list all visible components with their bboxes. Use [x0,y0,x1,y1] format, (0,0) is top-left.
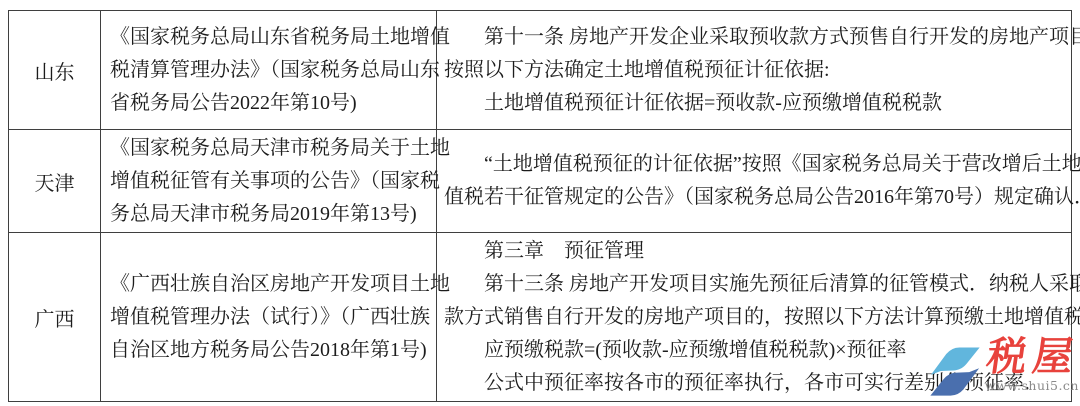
regulation-line: 税清算管理办法》（国家税务总局山东 [110,54,427,87]
content-cell: “土地增值税预征的计征依据”按照《国家税务总局关于营改增后土地增 值税若干征管规… [437,130,1072,233]
province-label: 天津 [35,173,75,195]
content-line: 第十一条 房地产开发企业采取预收款方式预售自行开发的房地产项目的， [444,21,1064,54]
content-cell: 第十一条 房地产开发企业采取预收款方式预售自行开发的房地产项目的， 按照以下方法… [437,11,1072,130]
regulation-line: 省税务局公告2022年第10号) [110,87,427,120]
content-line: “土地增值税预征的计征依据”按照《国家税务总局关于营改增后土地增 [444,148,1064,181]
content-line: 第三章 预征管理 [444,235,1064,268]
content-line: 按照以下方法确定土地增值税预征计征依据: [444,54,1064,87]
regulation-line: 《国家税务总局天津市税务局关于土地 [110,132,427,165]
content-line: 值税若干征管规定的公告》（国家税务总局公告2016年第70号）规定确认． [444,181,1064,214]
province-label: 山东 [35,62,75,84]
regulation-line: 增值税征管有关事项的公告》（国家税 [110,165,427,198]
table-row-shandong: 山东 《国家税务总局山东省税务局土地增值 税清算管理办法》（国家税务总局山东 省… [9,11,1072,130]
tax-regulation-table: 山东 《国家税务总局山东省税务局土地增值 税清算管理办法》（国家税务总局山东 省… [8,10,1072,402]
watermark-text-block: 税屋 www.shui5.cn [985,336,1079,393]
shui5-s-logo-icon [927,342,983,400]
content-line: 土地增值税预征计征依据=预收款-应预缴增值税税款 [444,87,1064,120]
province-cell: 广西 [9,233,101,402]
table-row-tianjin: 天津 《国家税务总局天津市税务局关于土地 增值税征管有关事项的公告》（国家税 务… [9,130,1072,233]
province-cell: 天津 [9,130,101,233]
regulation-cell: 《国家税务总局天津市税务局关于土地 增值税征管有关事项的公告》（国家税 务总局天… [101,130,437,233]
watermark-brand-text: 税屋 [984,336,1080,378]
regulation-cell: 《国家税务总局山东省税务局土地增值 税清算管理办法》（国家税务总局山东 省税务局… [101,11,437,130]
content-line: 款方式销售自行开发的房地产项目的，按照以下方法计算预缴土地增值税: [444,301,1064,334]
regulation-line: 增值税管理办法（试行）》（广西壮族 [110,301,427,334]
province-cell: 山东 [9,11,101,130]
regulation-cell: 《广西壮族自治区房地产开发项目土地 增值税管理办法（试行）》（广西壮族 自治区地… [101,233,437,402]
province-label: 广西 [35,309,75,331]
regulation-line: 务总局天津市税务局2019年第13号) [110,198,427,231]
table-row-guangxi: 广西 《广西壮族自治区房地产开发项目土地 增值税管理办法（试行）》（广西壮族 自… [9,233,1072,402]
regulation-line: 《广西壮族自治区房地产开发项目土地 [110,268,427,301]
page: 山东 《国家税务总局山东省税务局土地增值 税清算管理办法》（国家税务总局山东 省… [0,0,1080,406]
watermark-url: www.shui5.cn [985,379,1079,393]
shui5-watermark: 税屋 www.shui5.cn [927,336,1079,400]
content-line: 第十三条 房地产开发项目实施先预征后清算的征管模式．纳税人采取预收 [444,268,1064,301]
regulation-line: 《国家税务总局山东省税务局土地增值 [110,21,427,54]
regulation-line: 自治区地方税务局公告2018年第1号) [110,334,427,367]
